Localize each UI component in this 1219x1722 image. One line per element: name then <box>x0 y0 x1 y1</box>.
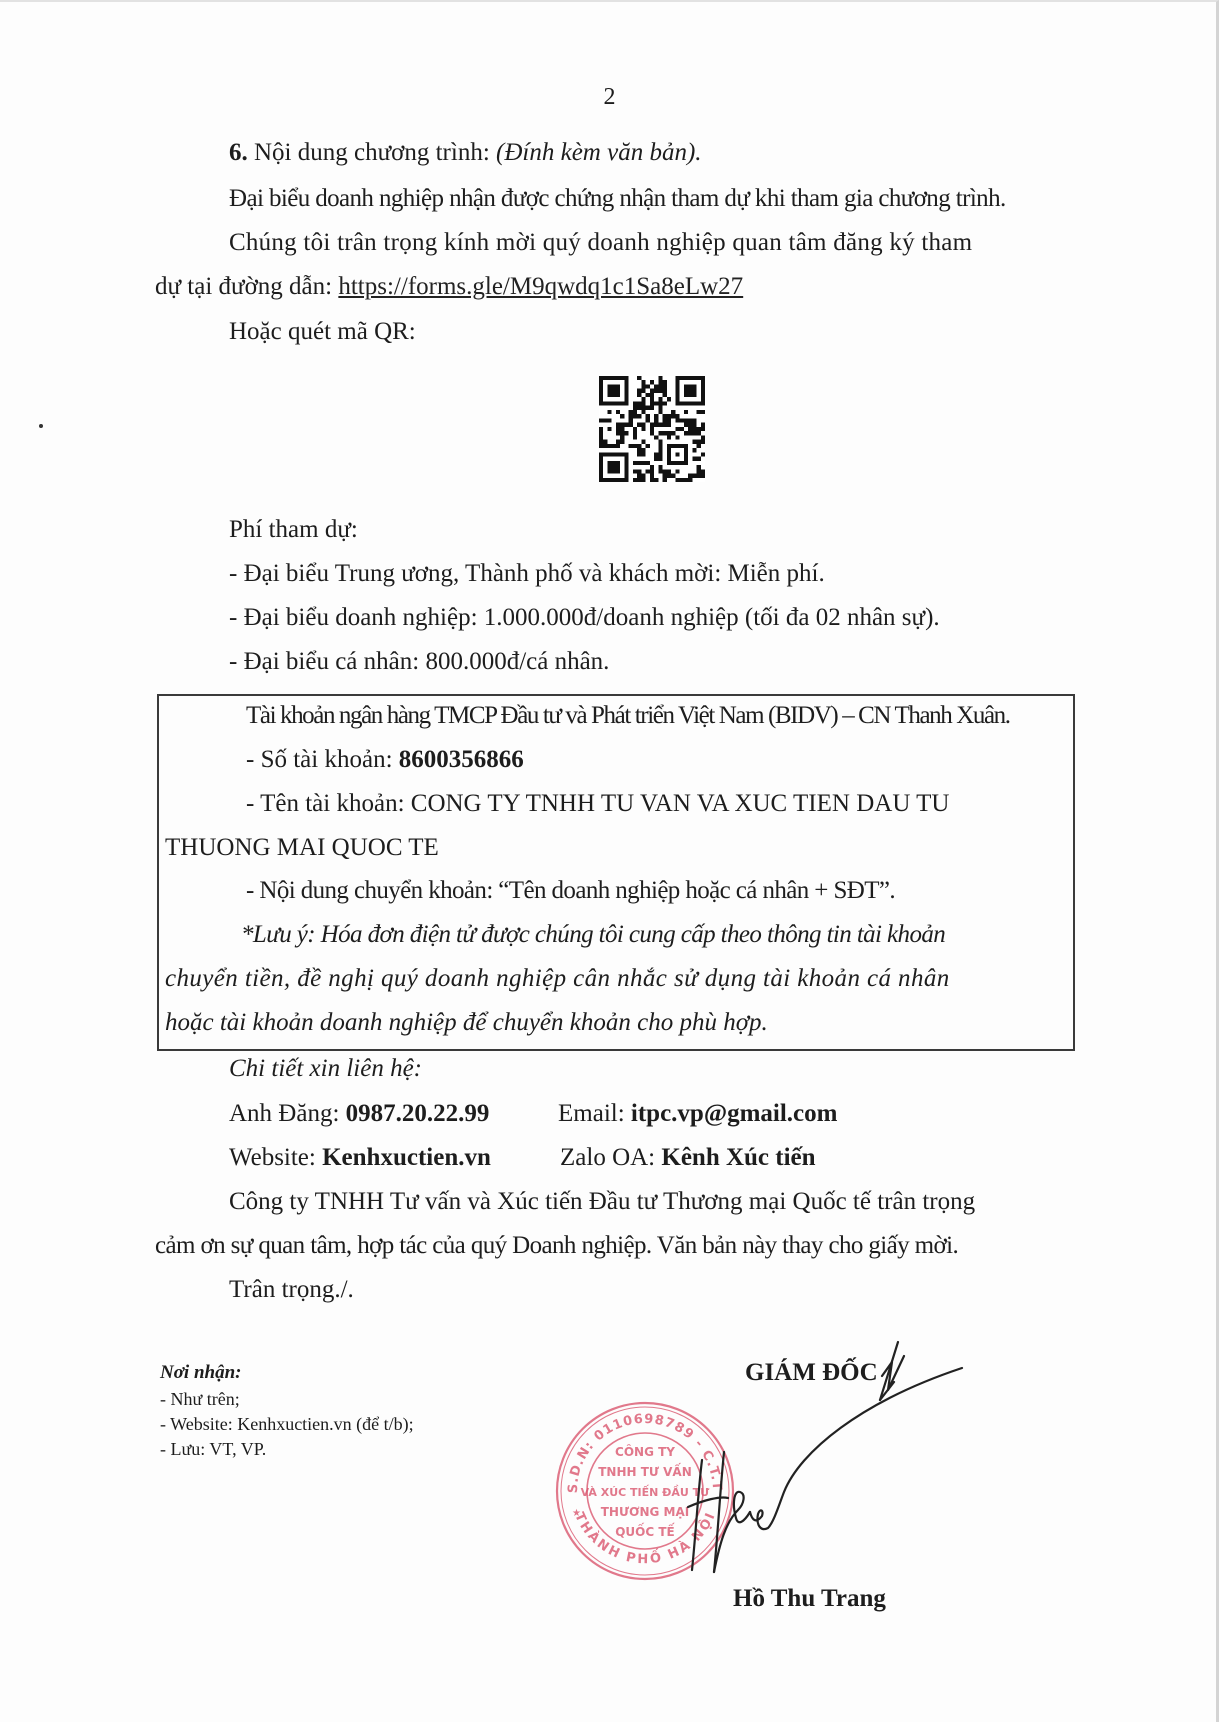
recipients-title: Nơi nhận: <box>160 1358 241 1388</box>
regards: Trân trọng./. <box>229 1275 354 1305</box>
svg-text:CÔNG TY: CÔNG TY <box>615 1444 675 1459</box>
bank-line: Tài khoản ngân hàng TMCP Đầu tư và Phát … <box>246 701 1010 731</box>
contact-email[interactable]: itpc.vp@gmail.com <box>631 1100 838 1127</box>
svg-text:QUỐC TẾ: QUỐC TẾ <box>615 1522 675 1539</box>
signature-icon <box>680 1332 980 1592</box>
account-number-label: - Số tài khoản: <box>246 746 399 773</box>
recipient-item: - Như trên; <box>160 1387 240 1411</box>
website-label: Website: <box>229 1144 322 1171</box>
qr-label: Hoặc quét mã QR: <box>229 317 416 347</box>
recipient-item: - Lưu: VT, VP. <box>160 1437 266 1461</box>
account-name-line: - Tên tài khoản: CONG TY TNHH TU VAN VA … <box>246 789 950 819</box>
invite-line-link: dự tại đường dẫn: https://forms.gle/M9qw… <box>155 272 743 302</box>
contact-zalo-line: Zalo OA: Kênh Xúc tiến <box>560 1143 816 1173</box>
contact-website-line: Website: Kenhxuctien.vn <box>229 1143 491 1173</box>
svg-text:THƯƠNG MẠI: THƯƠNG MẠI <box>601 1505 690 1519</box>
account-number-line: - Số tài khoản: 8600356866 <box>246 745 524 775</box>
fee-item: - Đại biểu doanh nghiệp: 1.000.000đ/doan… <box>229 603 940 633</box>
account-number: 8600356866 <box>399 746 524 773</box>
contact-phone[interactable]: 0987.20.22.99 <box>346 1100 490 1127</box>
svg-text:TNHH TƯ VẤN: TNHH TƯ VẤN <box>598 1462 692 1479</box>
contact-person-label: Anh Đăng: <box>229 1100 346 1127</box>
closing-line-2: cảm ơn sự quan tâm, hợp tác của quý Doan… <box>155 1231 958 1261</box>
document-page: 2 6. Nội dung chương trình: (Đính kèm vă… <box>0 0 1219 1722</box>
fee-item: - Đại biểu cá nhân: 800.000đ/cá nhân. <box>229 647 609 677</box>
contact-title: Chi tiết xin liên hệ: <box>229 1054 422 1084</box>
page-number: 2 <box>0 82 1219 112</box>
fee-item: - Đại biểu Trung ương, Thành phố và khác… <box>229 559 825 589</box>
contact-phone-line: Anh Đăng: 0987.20.22.99 <box>229 1099 489 1129</box>
contact-zalo: Kênh Xúc tiến <box>661 1144 815 1171</box>
fees-title: Phí tham dự: <box>229 515 358 545</box>
invoice-note: chuyển tiền, đề nghị quý doanh nghiệp câ… <box>165 964 950 994</box>
email-label: Email: <box>558 1100 631 1127</box>
transfer-content: - Nội dung chuyển khoản: “Tên doanh nghi… <box>246 876 895 906</box>
closing-line: Công ty TNHH Tư vấn và Xúc tiến Đầu tư T… <box>229 1187 975 1217</box>
invite-line: Chúng tôi trân trọng kính mời quý doanh … <box>229 228 972 258</box>
recipient-item: - Website: Kenhxuctien.vn (để t/b); <box>160 1412 414 1436</box>
invoice-note: hoặc tài khoản doanh nghiệp để chuyển kh… <box>165 1008 768 1038</box>
svg-text:★: ★ <box>572 1508 581 1519</box>
registration-link[interactable]: https://forms.gle/M9qwdq1c1Sa8eLw27 <box>338 273 743 300</box>
scan-speck <box>39 424 43 428</box>
section-note: (Đính kèm văn bản). <box>496 139 702 166</box>
section-label: Nội dung chương trình: <box>254 139 490 166</box>
certificate-line: Đại biểu doanh nghiệp nhận được chứng nh… <box>229 184 1006 214</box>
contact-website[interactable]: Kenhxuctien.vn <box>322 1144 491 1171</box>
section-number: 6. <box>229 139 248 166</box>
invoice-note: *Lưu ý: Hóa đơn điện tử được chúng tôi c… <box>241 920 945 950</box>
section-6-heading: 6. Nội dung chương trình: (Đính kèm văn … <box>229 138 702 168</box>
account-name-line-2: THUONG MAI QUOC TE <box>165 833 439 863</box>
link-prefix: dự tại đường dẫn: <box>155 273 338 300</box>
contact-email-line: Email: itpc.vp@gmail.com <box>558 1099 837 1129</box>
qr-code-icon[interactable] <box>599 375 705 483</box>
signer-name: Hồ Thu Trang <box>733 1584 886 1614</box>
zalo-label: Zalo OA: <box>560 1144 661 1171</box>
